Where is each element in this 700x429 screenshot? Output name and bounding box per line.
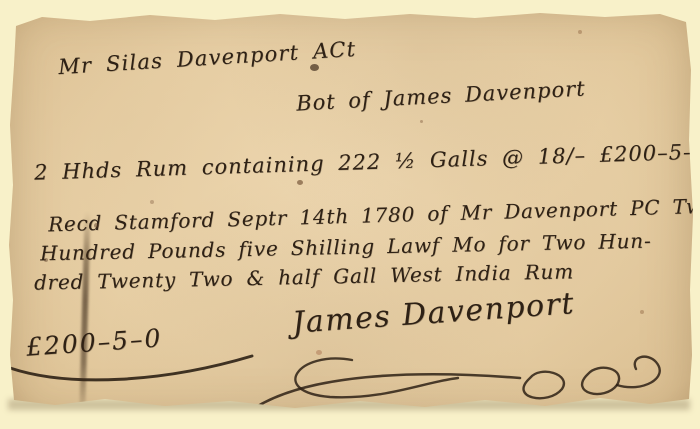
paper-speck [316, 350, 322, 355]
paper-speck [640, 310, 644, 314]
paper-speck [94, 223, 99, 228]
aged-paper: Mr Silas Davenport ACt Bot of James Dave… [0, 0, 700, 429]
paper-speck [150, 200, 154, 204]
paper-speck [420, 120, 423, 123]
paper-speck [44, 258, 48, 262]
paper-speck [578, 30, 582, 34]
paper-speck [297, 180, 303, 185]
ink-blot [310, 64, 319, 71]
left-edge-ink-mark [2, 336, 9, 354]
scanned-receipt: Mr Silas Davenport ACt Bot of James Dave… [0, 0, 700, 429]
